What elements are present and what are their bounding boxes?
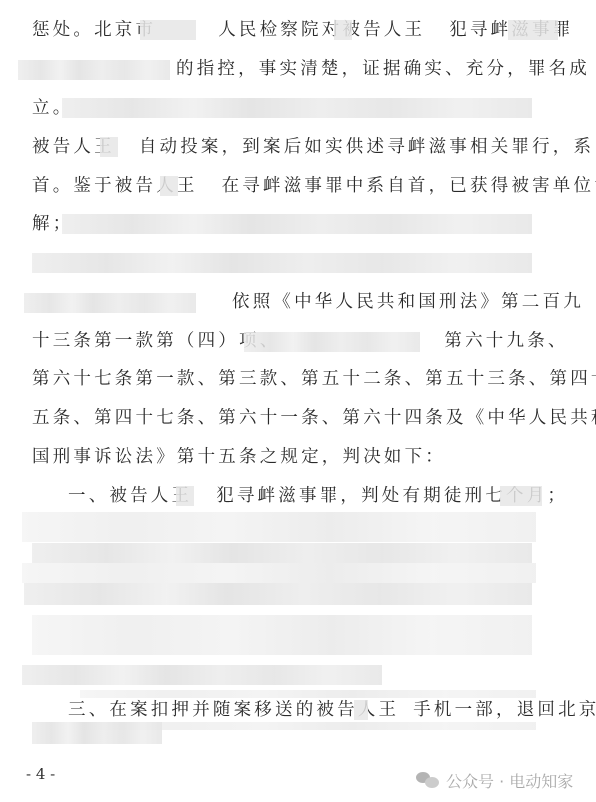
watermark: 公众号 · 电动知家 (416, 766, 573, 794)
text-segment: 国刑事诉讼法》第十五条之规定，判决如下： (32, 447, 446, 467)
text-segment: 的指控，事实清楚，证据确实、充分，罪名成 (176, 59, 590, 79)
text-segment: 自动投案，到案后如实供述寻衅滋事相关罪行，系自 (139, 137, 596, 157)
text-line: 依照《中华人民共和国刑法》第二百九 (232, 290, 584, 314)
watermark-text: 公众号 · 电动知家 (446, 769, 573, 792)
page-number: - 4 - (26, 765, 55, 783)
redacted-block (32, 253, 532, 273)
redacted-block (22, 563, 536, 583)
text-segment: 依照《中华人民共和国刑法》第二百九 (232, 292, 584, 312)
text-segment: 第六十七条第一款、第三款、第五十二条、第五十三条、第四十 (32, 369, 596, 389)
text-line: 惩处。北京市人民检察院对被告人王犯寻衅滋事罪 (32, 18, 573, 42)
redacted-block (62, 214, 532, 234)
text-segment: 五条、第四十七条、第六十一条、第六十四条及《中华人民共和 (32, 408, 596, 428)
redacted-block (500, 486, 542, 506)
redacted-block (176, 486, 194, 506)
redacted-block (62, 98, 532, 118)
redacted-block (32, 722, 162, 744)
redacted-block (354, 700, 368, 720)
text-line: 三、在案扣押并随案移送的被告人王手机一部，退回北京 (68, 698, 596, 722)
redacted-block (18, 60, 170, 80)
text-segment: 惩处。北京市 (32, 20, 156, 40)
text-segment: 人民检察院对被告人王 (218, 20, 425, 40)
text-line: 国刑事诉讼法》第十五条之规定，判决如下： (32, 445, 446, 469)
text-segment: 在寻衅滋事罪中系自首，已获得被害单位谅 (222, 176, 596, 196)
document-page: 惩处。北京市人民检察院对被告人王犯寻衅滋事罪 的指控，事实清楚，证据确实、充分，… (0, 0, 596, 802)
redacted-block (508, 20, 558, 40)
text-line: 一、被告人王犯寻衅滋事罪，判处有期徒刑七个月； (68, 484, 568, 508)
text-segment: 一、被告人王 (68, 486, 192, 506)
redacted-block (244, 332, 420, 352)
redacted-block (24, 293, 196, 313)
redacted-block (32, 543, 532, 563)
redacted-block (32, 615, 532, 655)
redacted-block (160, 176, 178, 196)
redacted-block (24, 583, 532, 605)
text-line: 首。鉴于被告人王在寻衅滋事罪中系自首，已获得被害单位谅 (32, 174, 596, 198)
text-line: 的指控，事实清楚，证据确实、充分，罪名成 (176, 57, 590, 81)
text-segment: 三、在案扣押并随案移送的被告人王 (68, 700, 399, 720)
redacted-block (22, 665, 382, 685)
text-segment: 手机一部，退回北京 (413, 700, 596, 720)
wechat-icon (416, 771, 440, 789)
redacted-block (22, 512, 536, 542)
redacted-block (100, 137, 118, 157)
text-segment: 第六十九条、 (444, 331, 568, 351)
text-line: 五条、第四十七条、第六十一条、第六十四条及《中华人民共和 (32, 406, 596, 430)
text-line: 第六十七条第一款、第三款、第五十二条、第五十三条、第四十 (32, 367, 596, 391)
redacted-block (334, 20, 352, 40)
redacted-block (140, 20, 196, 40)
